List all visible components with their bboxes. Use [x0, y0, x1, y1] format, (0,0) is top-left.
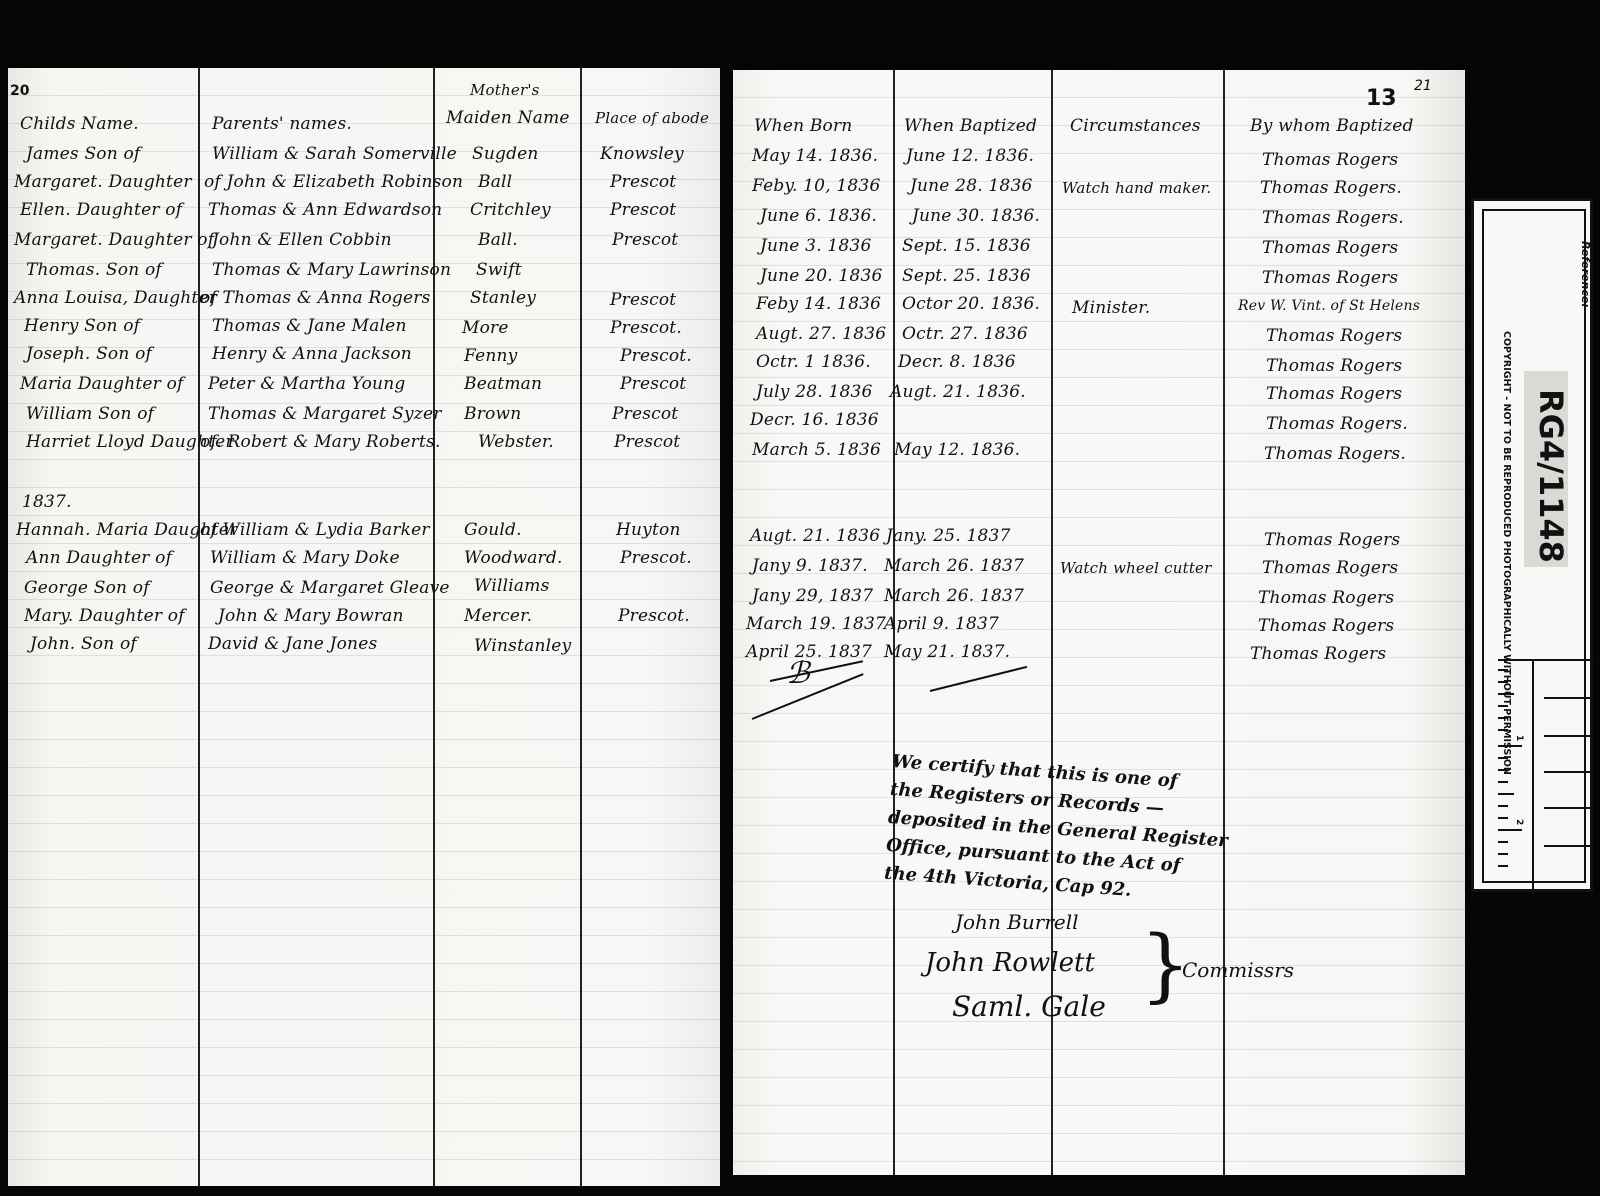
- circumstances: Minister.: [1072, 294, 1150, 322]
- baptized-by: Thomas Rogers: [1266, 380, 1402, 408]
- when-born: June 6. 1836.: [760, 202, 877, 230]
- reference-card-frame: Reference:- RG4/1148 COPYRIGHT - NOT TO …: [1482, 209, 1586, 883]
- when-born: Augt. 27. 1836: [756, 320, 886, 348]
- place-of-abode: Huyton: [616, 516, 681, 544]
- child-name: Henry Son of: [24, 312, 140, 340]
- baptized-by: Thomas Rogers: [1264, 526, 1400, 554]
- baptized-by: Thomas Rogers: [1266, 322, 1402, 350]
- place-of-abode: Knowsley: [600, 140, 684, 168]
- when-born: Jany 29, 1837: [752, 582, 873, 610]
- when-baptized: April 9. 1837: [884, 610, 999, 638]
- baptized-by: Thomas Rogers: [1266, 352, 1402, 380]
- when-baptized: Augt. 21. 1836.: [890, 378, 1026, 406]
- place-of-abode: Prescot.: [618, 602, 690, 630]
- commissioners-label: Commissrs: [1182, 958, 1294, 982]
- place-of-abode: Prescot: [620, 370, 686, 398]
- parents-names: John & Mary Bowran: [218, 602, 404, 630]
- when-baptized: Jany. 25. 1837: [886, 522, 1011, 550]
- header-by-whom-baptized: By whom Baptized: [1250, 112, 1414, 140]
- parents-names: William & Mary Doke: [210, 544, 400, 572]
- parents-names: of. Robert & Mary Roberts.: [200, 428, 441, 456]
- place-of-abode: Prescot: [614, 428, 680, 456]
- place-of-abode: Prescot: [610, 168, 676, 196]
- baptized-by: Thomas Rogers: [1258, 584, 1394, 612]
- parents-names: John & Ellen Cobbin: [212, 226, 392, 254]
- when-baptized: May 12. 1836.: [894, 436, 1020, 464]
- header-place-of-abode: Place of abode: [595, 104, 709, 132]
- maiden-name: Williams: [474, 572, 550, 600]
- maiden-name: Critchley: [470, 196, 551, 224]
- child-name: James Son of: [26, 140, 140, 168]
- child-name: Margaret. Daughter: [14, 168, 192, 196]
- circumstances: Watch wheel cutter: [1060, 554, 1212, 582]
- child-name: Mary. Daughter of: [24, 602, 185, 630]
- year-heading: 1837.: [22, 488, 72, 516]
- when-baptized: Decr. 8. 1836: [898, 348, 1016, 376]
- right-page-number: 21: [1414, 78, 1432, 94]
- child-name: George Son of: [24, 574, 150, 602]
- maiden-name: Swift: [476, 256, 522, 284]
- when-baptized: March 26. 1837: [884, 552, 1024, 580]
- when-born: Jany 9. 1837.: [752, 552, 868, 580]
- header-child-name: Childs Name.: [20, 110, 139, 138]
- column-divider: [1223, 70, 1225, 1175]
- baptized-by: Thomas Rogers: [1262, 146, 1398, 174]
- when-born: July 28. 1836: [756, 378, 873, 406]
- place-of-abode: Prescot.: [610, 314, 682, 342]
- baptized-by: Thomas Rogers: [1262, 234, 1398, 262]
- header-circumstances: Circumstances: [1070, 112, 1201, 140]
- left-page-number: 20: [10, 83, 29, 99]
- baptized-by: Thomas Rogers: [1250, 640, 1386, 668]
- maiden-name: More: [462, 314, 509, 342]
- maiden-name: Mercer.: [464, 602, 532, 630]
- place-of-abode: Prescot: [610, 286, 676, 314]
- place-of-abode: Prescot.: [620, 544, 692, 572]
- maiden-name: Webster.: [478, 428, 554, 456]
- parents-names: Thomas & Margaret Syzer: [208, 400, 442, 428]
- when-born: May 14. 1836.: [752, 142, 878, 170]
- baptized-by: Thomas Rogers: [1262, 554, 1398, 582]
- child-name: Maria Daughter of: [20, 370, 184, 398]
- parents-names: Thomas & Ann Edwardson: [208, 196, 442, 224]
- when-baptized: March 26. 1837: [884, 582, 1024, 610]
- header-mothers: Mother's: [470, 76, 540, 104]
- when-baptized: June 30. 1836.: [912, 202, 1040, 230]
- circumstances: Watch hand maker.: [1062, 174, 1211, 202]
- baptized-by: Thomas Rogers.: [1262, 204, 1404, 232]
- certification-text: We certify that this is one of the Regis…: [883, 748, 1252, 913]
- folio-stamp: 13: [1366, 86, 1397, 111]
- signature: John Rowlett: [925, 948, 1095, 978]
- baptized-by: Thomas Rogers.: [1266, 410, 1408, 438]
- header-when-born: When Born: [754, 112, 852, 140]
- header-when-baptized: When Baptized: [904, 112, 1037, 140]
- paraph-mark: ℬ: [786, 660, 810, 688]
- when-born: June 20. 1836: [760, 262, 882, 290]
- parents-names: Henry & Anna Jackson: [212, 340, 412, 368]
- when-baptized: Sept. 25. 1836: [902, 262, 1031, 290]
- when-born: March 19. 1837: [746, 610, 886, 638]
- parents-names: of William & Lydia Barker: [200, 516, 430, 544]
- parents-names: Peter & Martha Young: [208, 370, 405, 398]
- when-born: Feby. 10, 1836: [752, 172, 880, 200]
- scale-mark: 2: [1514, 819, 1524, 825]
- parents-names: of Thomas & Anna Rogers: [200, 284, 431, 312]
- child-name: William Son of: [26, 400, 154, 428]
- maiden-name: Sugden: [472, 140, 539, 168]
- parents-names: George & Margaret Gleave: [210, 574, 450, 602]
- maiden-name: Gould.: [464, 516, 522, 544]
- parents-names: David & Jane Jones: [208, 630, 377, 658]
- maiden-name: Stanley: [470, 284, 536, 312]
- place-of-abode: Prescot: [612, 226, 678, 254]
- baptized-by: Rev W. Vint. of St Helens: [1238, 292, 1420, 320]
- parents-names: William & Sarah Somerville: [212, 140, 457, 168]
- when-baptized: June 12. 1836.: [906, 142, 1034, 170]
- place-of-abode: Prescot.: [620, 342, 692, 370]
- place-of-abode: Prescot: [612, 400, 678, 428]
- scale-mark: 1: [1514, 735, 1524, 741]
- when-born: Feby 14. 1836: [756, 290, 881, 318]
- parents-names: Thomas & Jane Malen: [212, 312, 407, 340]
- child-name: John. Son of: [30, 630, 137, 658]
- maiden-name: Ball.: [478, 226, 518, 254]
- scale-ruler: 1 2: [1498, 659, 1594, 893]
- maiden-name: Brown: [464, 400, 521, 428]
- place-of-abode: Prescot: [610, 196, 676, 224]
- header-maiden-name: Maiden Name: [446, 104, 570, 132]
- signature: Saml. Gale: [952, 990, 1106, 1023]
- maiden-name: Winstanley: [474, 632, 571, 660]
- baptized-by: Thomas Rogers.: [1260, 174, 1402, 202]
- reference-label: Reference:-: [1579, 241, 1592, 312]
- when-born: Octr. 1 1836.: [756, 348, 871, 376]
- maiden-name: Ball: [478, 168, 512, 196]
- parents-names: of John & Elizabeth Robinson: [204, 168, 463, 196]
- column-divider: [433, 68, 435, 1186]
- when-baptized: June 28. 1836: [910, 172, 1032, 200]
- child-name: Joseph. Son of: [26, 340, 152, 368]
- header-parents-names: Parents' names.: [212, 110, 352, 138]
- maiden-name: Woodward.: [464, 544, 563, 572]
- child-name: Anna Louisa, Daughter: [14, 284, 217, 312]
- when-baptized: Octr. 27. 1836: [902, 320, 1028, 348]
- signature: John Burrell: [955, 910, 1079, 934]
- baptized-by: Thomas Rogers: [1262, 264, 1398, 292]
- child-name: Ann Daughter of: [26, 544, 172, 572]
- child-name: Thomas. Son of: [26, 256, 162, 284]
- maiden-name: Beatman: [464, 370, 542, 398]
- parents-names: Thomas & Mary Lawrinson: [212, 256, 451, 284]
- child-name: Ellen. Daughter of: [20, 196, 182, 224]
- when-baptized: May 21. 1837.: [884, 638, 1010, 666]
- maiden-name: Fenny: [464, 342, 517, 370]
- when-born: March 5. 1836: [752, 436, 881, 464]
- when-born: Augt. 21. 1836: [750, 522, 880, 550]
- when-born: Decr. 16. 1836: [750, 406, 879, 434]
- reference-number: RG4/1148: [1532, 389, 1570, 563]
- baptized-by: Thomas Rogers: [1258, 612, 1394, 640]
- when-baptized: Sept. 15. 1836: [902, 232, 1031, 260]
- reference-card: Reference:- RG4/1148 COPYRIGHT - NOT TO …: [1471, 198, 1593, 892]
- when-born: June 3. 1836: [760, 232, 871, 260]
- baptized-by: Thomas Rogers.: [1264, 440, 1406, 468]
- column-divider: [580, 68, 582, 1186]
- child-name: Margaret. Daughter of: [14, 226, 214, 254]
- when-baptized: Octor 20. 1836.: [902, 290, 1040, 318]
